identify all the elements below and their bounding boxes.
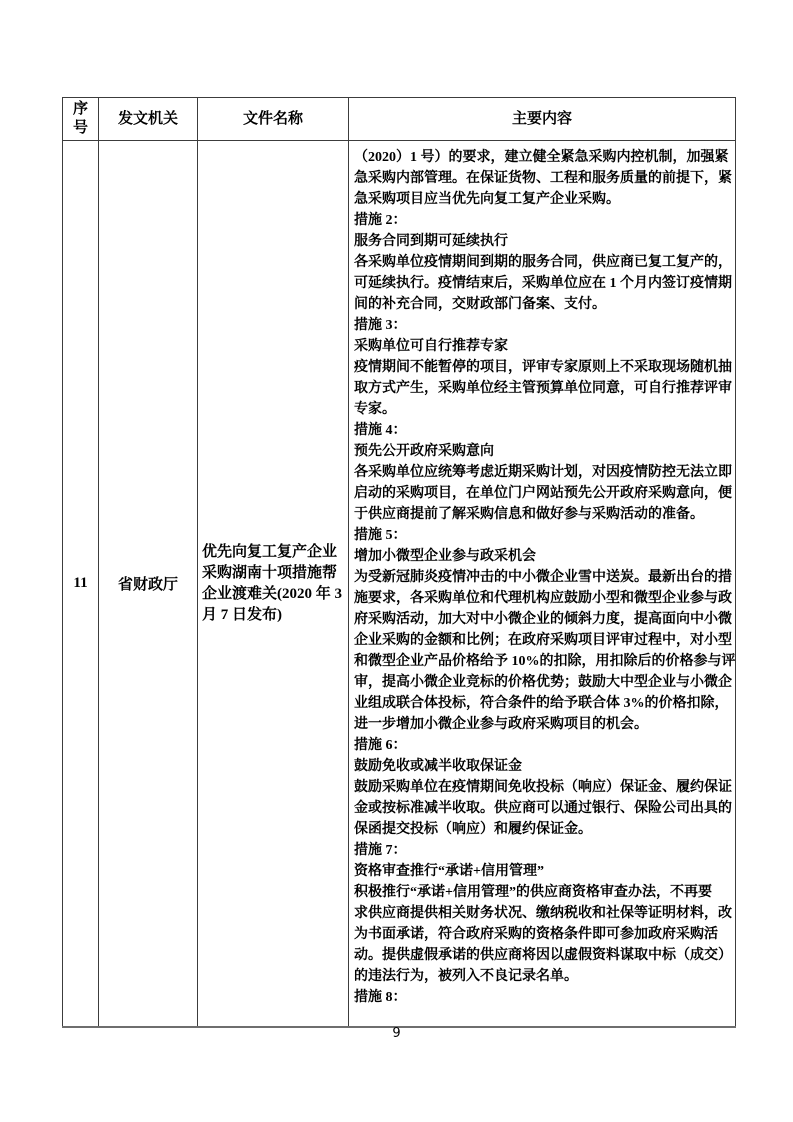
header-cell-content: 主要内容 [349, 98, 736, 141]
text-line: 鼓励采购单位在疫情期间免收投标（响应）保证金、履约保证 [354, 777, 733, 798]
text-line: 措施 7： [354, 840, 733, 861]
header-cell-agency: 发文机关 [99, 98, 198, 141]
text-line: 企业采购的金额和比例；在政府采购项目评审过程中，对小型 [354, 630, 733, 651]
text-line: 和微型企业产品价格给予 10%的扣除，用扣除后的价格参与评 [354, 651, 733, 672]
page-number: 9 [0, 1026, 793, 1041]
text-line: 为受新冠肺炎疫情冲击的中小微企业雪中送炭。最新出台的措 [354, 567, 733, 588]
header-cell-index: 序号 [63, 98, 99, 141]
text-line: 增加小微型企业参与政采机会 [354, 546, 733, 567]
text-line: 积极推行“承诺+信用管理”的供应商资格审查办法，不再要 [354, 882, 733, 903]
text-line: 急采购项目应当优先向复工复产企业采购。 [354, 189, 733, 210]
main-content-text: （2020）1 号）的要求，建立健全紧急采购内控机制，加强紧急采购内部管理。在保… [354, 147, 733, 1008]
text-line: 月 7 日发布) [202, 605, 345, 626]
text-line: 取方式产生，采购单位经主管预算单位同意，可自行推荐评审 [354, 378, 733, 399]
text-line: 采购单位可自行推荐专家 [354, 336, 733, 357]
text-line: 疫情期间不能暂停的项目，评审专家原则上不采取现场随机抽 [354, 357, 733, 378]
text-line: 金或按标准减半收取。供应商可以通过银行、保险公司出具的 [354, 798, 733, 819]
text-line: 措施 5： [354, 525, 733, 546]
text-line: 措施 6： [354, 735, 733, 756]
text-line: 服务合同到期可延续执行 [354, 231, 733, 252]
doc-name-text: 优先向复工复产企业采购湖南十项措施帮企业渡难关(2020 年 3月 7 日发布) [202, 542, 345, 626]
text-line: 审，提高小微企业竞标的价格优势；鼓励大中型企业与小微企 [354, 672, 733, 693]
table-row: 11 省财政厅 优先向复工复产企业采购湖南十项措施帮企业渡难关(2020 年 3… [63, 141, 736, 1028]
text-line: 预先公开政府采购意向 [354, 441, 733, 462]
text-line: 措施 4： [354, 420, 733, 441]
text-line: 措施 3： [354, 315, 733, 336]
text-line: 动。提供虚假承诺的供应商将因以虚假资料谋取中标（成交） [354, 945, 733, 966]
text-line: 急采购内部管理。在保证货物、工程和服务质量的前提下，紧 [354, 168, 733, 189]
text-line: 府采购活动，加大对中小微企业的倾斜力度，提高面向中小微 [354, 609, 733, 630]
text-line: （2020）1 号）的要求，建立健全紧急采购内控机制，加强紧 [354, 147, 733, 168]
text-line: 间的补充合同，交财政部门备案、支付。 [354, 294, 733, 315]
text-line: 专家。 [354, 399, 733, 420]
text-line: 的违法行为，被列入不良记录名单。 [354, 966, 733, 987]
text-line: 采购湖南十项措施帮 [202, 563, 345, 584]
text-line: 优先向复工复产企业 [202, 542, 345, 563]
header-cell-doc-name: 文件名称 [198, 98, 349, 141]
text-line: 各采购单位疫情期间到期的服务合同，供应商已复工复产的， [354, 252, 733, 273]
document-table: 序号 发文机关 文件名称 主要内容 11 省财政厅 优先向复工复产企业采购湖南十… [62, 97, 736, 1028]
text-line: 可延续执行。疫情结束后，采购单位应在 1 个月内签订疫情期 [354, 273, 733, 294]
text-line: 鼓励免收或减半收取保证金 [354, 756, 733, 777]
text-line: 为书面承诺，符合政府采购的资格条件即可参加政府采购活 [354, 924, 733, 945]
text-line: 措施 2： [354, 210, 733, 231]
text-line: 求供应商提供相关财务状况、缴纳税收和社保等证明材料，改 [354, 903, 733, 924]
text-line: 资格审查推行“承诺+信用管理” [354, 861, 733, 882]
document-page: 序号 发文机关 文件名称 主要内容 11 省财政厅 优先向复工复产企业采购湖南十… [0, 0, 793, 1122]
text-line: 业组成联合体投标，符合条件的给予联合体 3%的价格扣除， [354, 693, 733, 714]
table-header-row: 序号 发文机关 文件名称 主要内容 [63, 98, 736, 141]
row-index-cell: 11 [63, 141, 99, 1028]
text-line: 进一步增加小微企业参与政府采购项目的机会。 [354, 714, 733, 735]
main-content-cell: （2020）1 号）的要求，建立健全紧急采购内控机制，加强紧急采购内部管理。在保… [349, 141, 736, 1028]
text-line: 措施 8： [354, 987, 733, 1008]
text-line: 启动的采购项目，在单位门户网站预先公开政府采购意向，便 [354, 483, 733, 504]
text-line: 各采购单位应统筹考虑近期采购计划，对因疫情防控无法立即 [354, 462, 733, 483]
text-line: 施要求，各采购单位和代理机构应鼓励小型和微型企业参与政 [354, 588, 733, 609]
issuing-agency-cell: 省财政厅 [99, 141, 198, 1028]
text-line: 于供应商提前了解采购信息和做好参与采购活动的准备。 [354, 504, 733, 525]
text-line: 保函提交投标（响应）和履约保证金。 [354, 819, 733, 840]
text-line: 企业渡难关(2020 年 3 [202, 584, 345, 605]
doc-name-cell: 优先向复工复产企业采购湖南十项措施帮企业渡难关(2020 年 3月 7 日发布) [198, 141, 349, 1028]
